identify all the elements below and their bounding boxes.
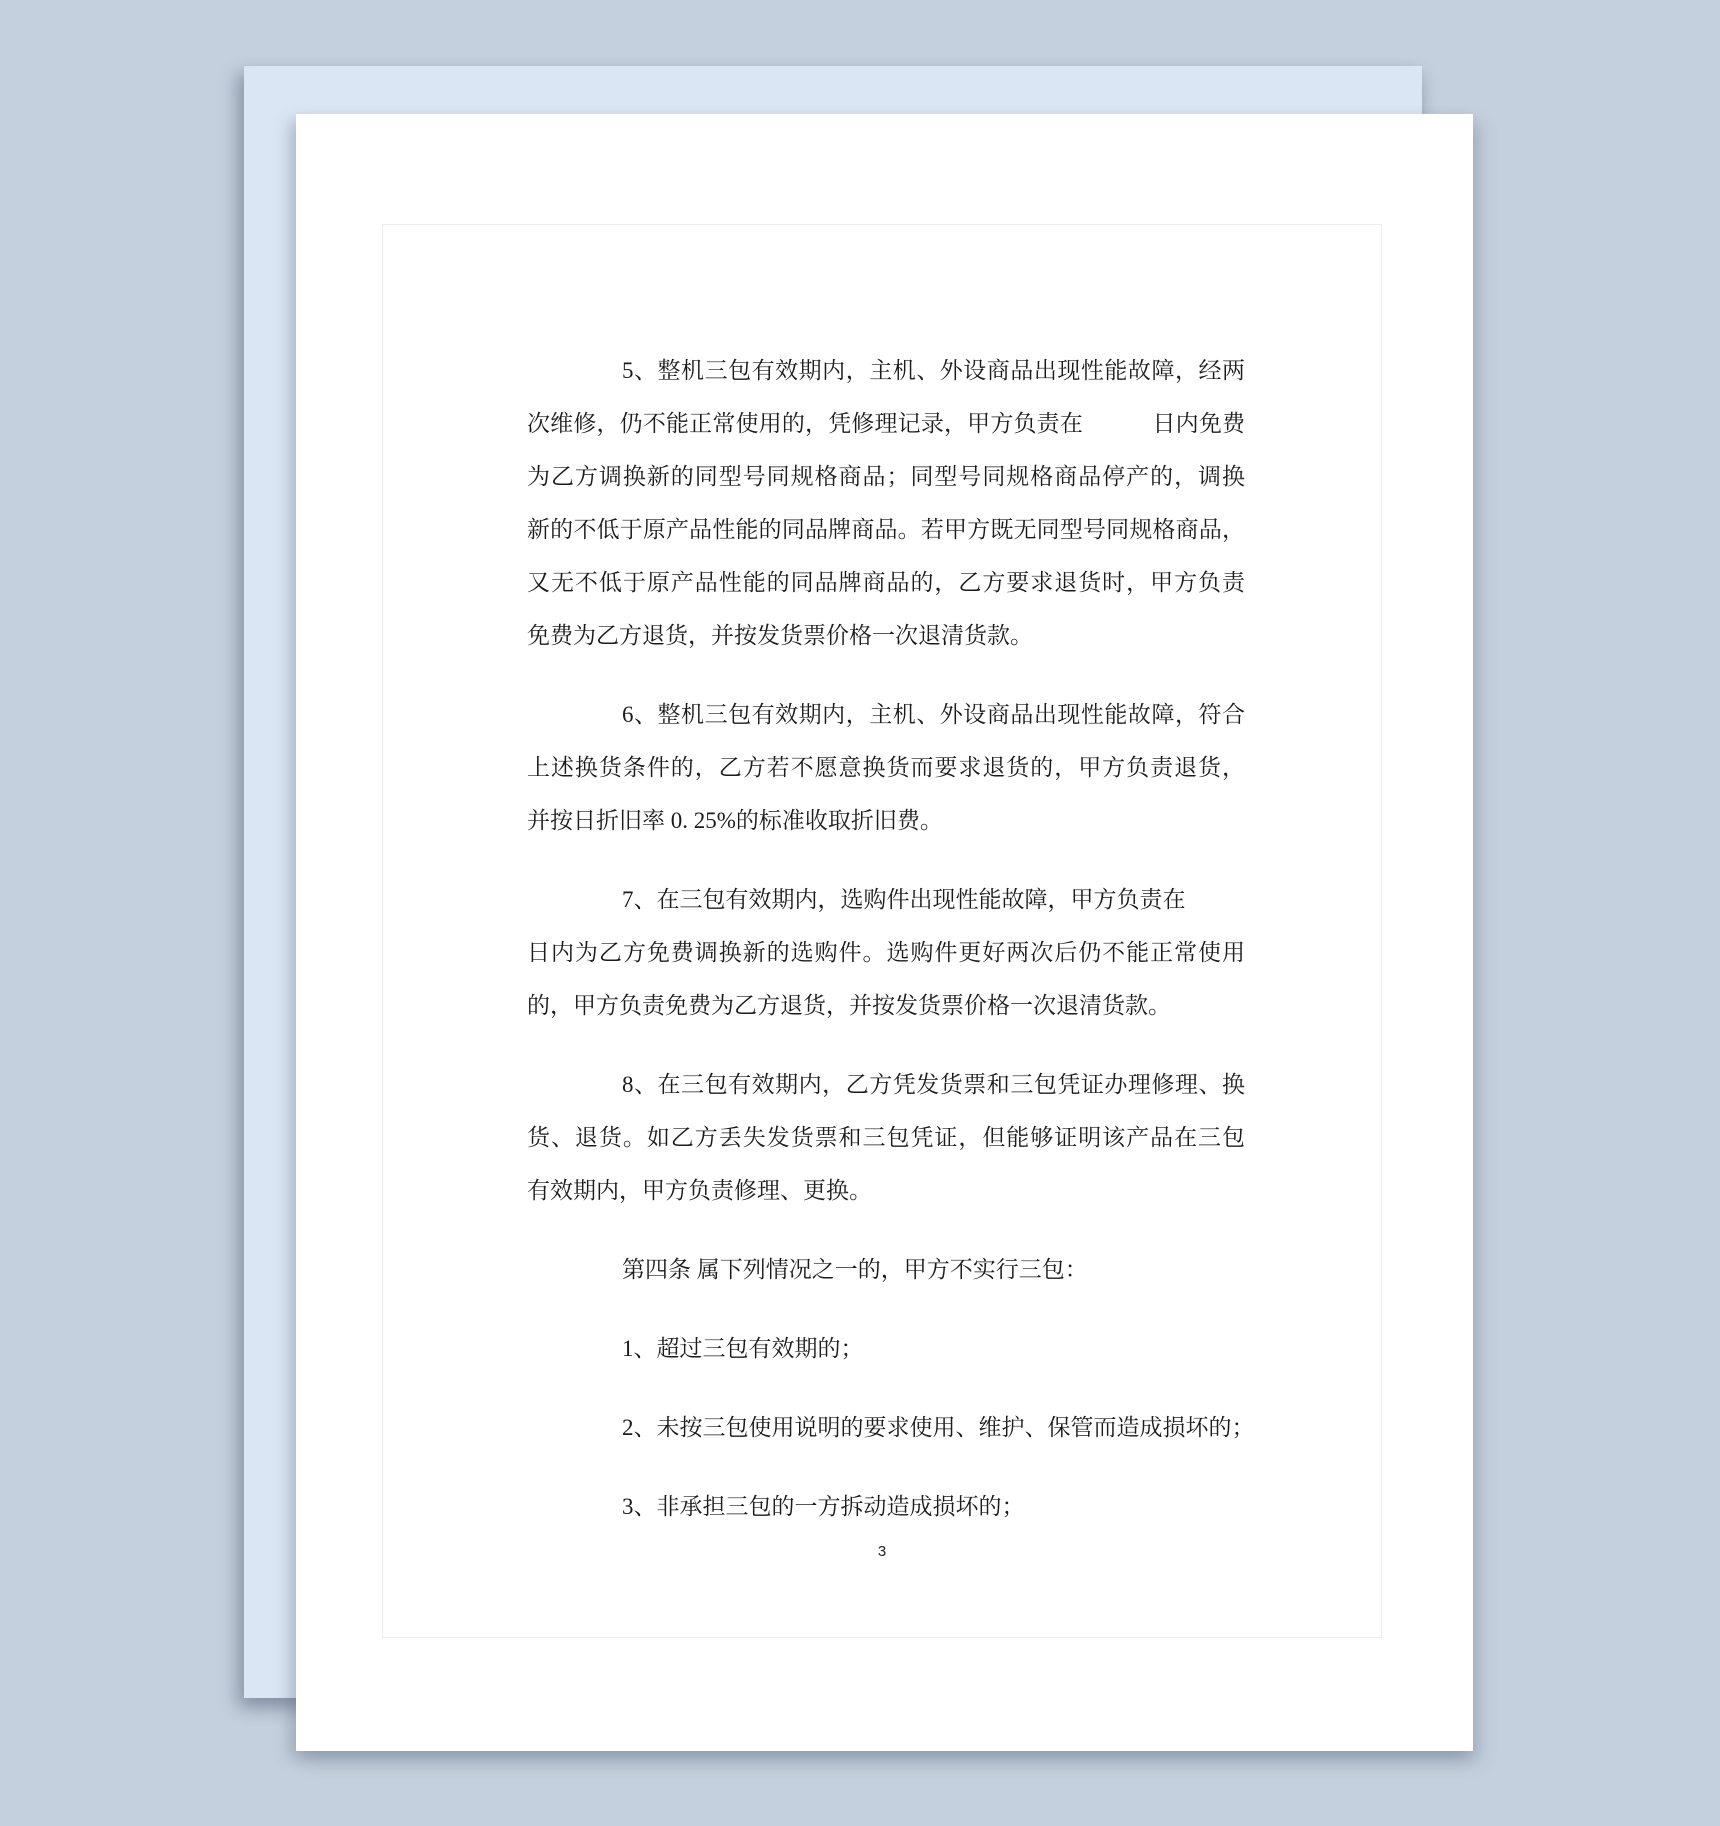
clause-7: 7、在三包有效期内，选购件出现性能故障，甲方负责在日内为乙方免费调换新的选购件。… — [527, 873, 1245, 1032]
text-line: 日内为乙方免费调换新的选购件。选购件更好两次后仍不能正常使用 — [527, 926, 1245, 979]
app-background: { "background": { "canvas_color": "#c4d0… — [0, 0, 1720, 1826]
text-line: 的，甲方负责免费为乙方退货，并按发货票价格一次退清货款。 — [527, 979, 1245, 1032]
article-4-item-2: 2、未按三包使用说明的要求使用、维护、保管而造成损坏的； — [527, 1401, 1245, 1454]
page-content-border: 5、整机三包有效期内，主机、外设商品出现性能故障，经两次维修，仍不能正常使用的，… — [382, 224, 1382, 1638]
page-number: 3 — [383, 1544, 1381, 1559]
text-line: 2、未按三包使用说明的要求使用、维护、保管而造成损坏的； — [527, 1401, 1245, 1454]
text-line: 并按日折旧率 0. 25%的标准收取折旧费。 — [527, 794, 1245, 847]
article-4-item-1: 1、超过三包有效期的； — [527, 1322, 1245, 1375]
text-line: 5、整机三包有效期内，主机、外设商品出现性能故障，经两 — [527, 344, 1245, 397]
clause-8: 8、在三包有效期内，乙方凭发货票和三包凭证办理修理、换货、退货。如乙方丢失发货票… — [527, 1058, 1245, 1217]
text-line: 次维修，仍不能正常使用的，凭修理记录，甲方负责在 日内免费 — [527, 397, 1245, 450]
text-line: 上述换货条件的，乙方若不愿意换货而要求退货的，甲方负责退货， — [527, 741, 1245, 794]
article-4-heading: 第四条 属下列情况之一的，甲方不实行三包： — [527, 1243, 1245, 1296]
clause-6: 6、整机三包有效期内，主机、外设商品出现性能故障，符合上述换货条件的，乙方若不愿… — [527, 688, 1245, 847]
text-line: 8、在三包有效期内，乙方凭发货票和三包凭证办理修理、换 — [527, 1058, 1245, 1111]
text-line: 有效期内，甲方负责修理、更换。 — [527, 1164, 1245, 1217]
text-line: 6、整机三包有效期内，主机、外设商品出现性能故障，符合 — [527, 688, 1245, 741]
text-line: 又无不低于原产品性能的同品牌商品的，乙方要求退货时，甲方负责 — [527, 556, 1245, 609]
text-line: 为乙方调换新的同型号同规格商品；同型号同规格商品停产的，调换 — [527, 450, 1245, 503]
text-line: 货、退货。如乙方丢失发货票和三包凭证，但能够证明该产品在三包 — [527, 1111, 1245, 1164]
article-4-item-3: 3、非承担三包的一方拆动造成损坏的； — [527, 1480, 1245, 1533]
text-line: 7、在三包有效期内，选购件出现性能故障，甲方负责在 — [527, 873, 1245, 926]
clause-5: 5、整机三包有效期内，主机、外设商品出现性能故障，经两次维修，仍不能正常使用的，… — [527, 344, 1245, 662]
text-line: 第四条 属下列情况之一的，甲方不实行三包： — [527, 1243, 1245, 1296]
text-line: 免费为乙方退货，并按发货票价格一次退清货款。 — [527, 609, 1245, 662]
text-line: 新的不低于原产品性能的同品牌商品。若甲方既无同型号同规格商品， — [527, 503, 1245, 556]
document-text: 5、整机三包有效期内，主机、外设商品出现性能故障，经两次维修，仍不能正常使用的，… — [383, 225, 1381, 1533]
text-line: 1、超过三包有效期的； — [527, 1322, 1245, 1375]
document-page[interactable]: 5、整机三包有效期内，主机、外设商品出现性能故障，经两次维修，仍不能正常使用的，… — [296, 114, 1473, 1751]
text-line: 3、非承担三包的一方拆动造成损坏的； — [527, 1480, 1245, 1533]
